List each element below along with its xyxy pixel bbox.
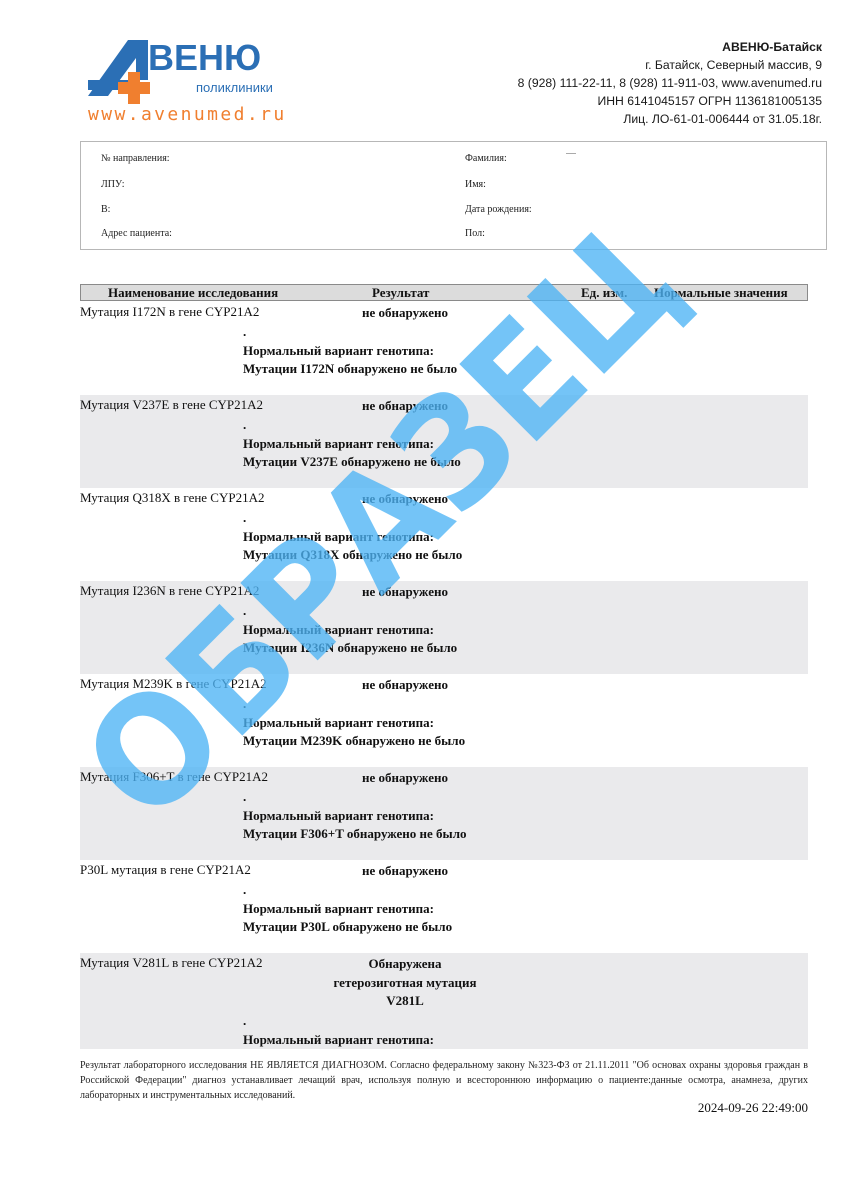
- test-name: P30L мутация в гене CYP21A2: [80, 862, 251, 878]
- test-name: Мутация F306+T в гене CYP21A2: [80, 769, 268, 785]
- test-result: не обнаружено: [310, 397, 500, 416]
- org-license: Лиц. ЛО-61-01-006444 от 31.05.18г.: [518, 110, 822, 128]
- org-name: АВЕНЮ-Батайск: [518, 38, 822, 56]
- test-comment: . Нормальный вариант генотипа: Мутации I…: [243, 323, 457, 379]
- logo-website: www.avenumed.ru: [88, 104, 287, 125]
- table-row: P30L мутация в гене CYP21A2 не обнаружен…: [80, 860, 808, 953]
- test-result: Обнаружена гетерозиготная мутация V281L: [325, 955, 485, 1011]
- lpu-label: ЛПУ:: [101, 179, 124, 190]
- svg-text:поликлиники: поликлиники: [196, 80, 273, 95]
- column-units: Ед. изм.: [581, 285, 627, 301]
- svg-text:ВЕНЮ: ВЕНЮ: [148, 37, 261, 78]
- referral-number-label: № направления:: [101, 153, 170, 164]
- table-row: Мутация I236N в гене CYP21A2 не обнаруже…: [80, 581, 808, 674]
- test-comment: . Нормальный вариант генотипа: Мутации M…: [243, 695, 465, 751]
- column-reference-values: Нормальные значения: [654, 285, 788, 301]
- test-name: Мутация V237E в гене CYP21A2: [80, 397, 263, 413]
- test-comment: . Нормальный вариант генотипа: Мутации V…: [243, 416, 461, 472]
- test-result: не обнаружено: [310, 304, 500, 323]
- test-result: не обнаружено: [310, 862, 500, 881]
- table-row: Мутация I172N в гене CYP21A2 не обнаруже…: [80, 302, 808, 395]
- test-name: Мутация V281L в гене CYP21A2: [80, 955, 263, 971]
- test-name: Мутация M239K в гене CYP21A2: [80, 676, 267, 692]
- test-comment: . Нормальный вариант генотипа:: [243, 1012, 434, 1049]
- disclaimer-text: Результат лабораторного исследования НЕ …: [80, 1058, 808, 1103]
- organization-info: АВЕНЮ-Батайск г. Батайск, Северный масси…: [518, 38, 822, 128]
- test-result: не обнаружено: [310, 490, 500, 509]
- org-contacts: 8 (928) 111-22-11, 8 (928) 11-911-03, ww…: [518, 74, 822, 92]
- test-name: Мутация I236N в гене CYP21A2: [80, 583, 259, 599]
- patient-info-box: № направления: ЛПУ: В: Адрес пациента: Ф…: [80, 141, 827, 250]
- sex-label: Пол:: [465, 228, 485, 239]
- table-row: Мутация F306+T в гене CYP21A2 не обнаруж…: [80, 767, 808, 860]
- test-result: не обнаружено: [310, 769, 500, 788]
- surname-value-dash: [566, 153, 576, 154]
- test-name: Мутация Q318X в гене CYP21A2: [80, 490, 265, 506]
- table-row: Мутация Q318X в гене CYP21A2 не обнаруже…: [80, 488, 808, 581]
- patient-address-label: Адрес пациента:: [101, 228, 172, 239]
- logo-mark-icon: ВЕНЮ поликлиники: [86, 36, 316, 106]
- surname-label: Фамилия:: [465, 153, 507, 164]
- name-label: Имя:: [465, 179, 486, 190]
- test-result: не обнаружено: [310, 676, 500, 695]
- table-row: Мутация M239K в гене CYP21A2 не обнаруже…: [80, 674, 808, 767]
- table-row: Мутация V237E в гене CYP21A2 не обнаруже…: [80, 395, 808, 488]
- column-test-name: Наименование исследования: [108, 285, 278, 301]
- test-comment: . Нормальный вариант генотипа: Мутации Q…: [243, 509, 462, 565]
- column-result: Результат: [372, 285, 429, 301]
- results-table-header: Наименование исследования Результат Ед. …: [80, 284, 808, 301]
- test-comment: . Нормальный вариант генотипа: Мутации P…: [243, 881, 452, 937]
- test-result: не обнаружено: [310, 583, 500, 602]
- test-name: Мутация I172N в гене CYP21A2: [80, 304, 259, 320]
- org-address: г. Батайск, Северный массив, 9: [518, 56, 822, 74]
- birth-date-label: Дата рождения:: [465, 204, 532, 215]
- org-ids: ИНН 6141045157 ОГРН 1136181005135: [518, 92, 822, 110]
- table-row: Мутация V281L в гене CYP21A2 Обнаружена …: [80, 953, 808, 1049]
- print-timestamp: 2024-09-26 22:49:00: [698, 1100, 808, 1116]
- v-label: В:: [101, 204, 110, 215]
- test-comment: . Нормальный вариант генотипа: Мутации I…: [243, 602, 457, 658]
- test-comment: . Нормальный вариант генотипа: Мутации F…: [243, 788, 467, 844]
